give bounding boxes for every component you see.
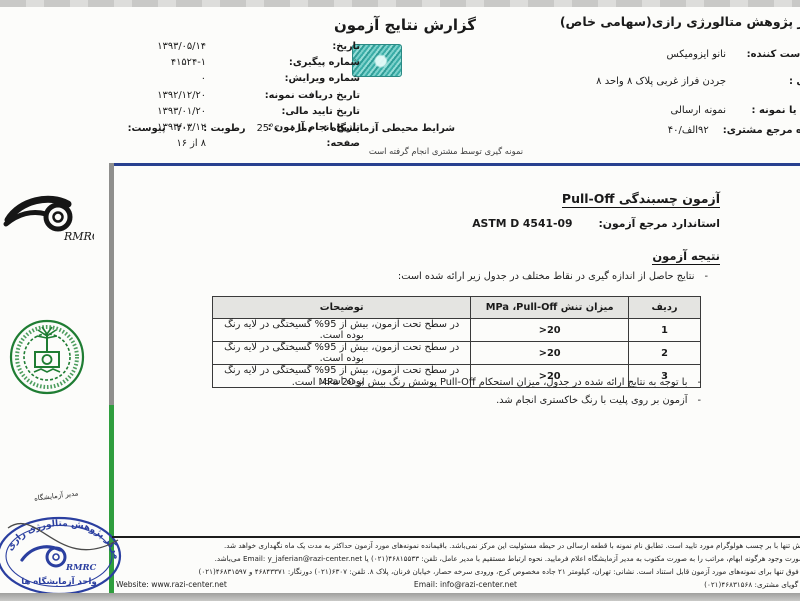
section-title: آزمون چسبندگی Pull-Off [562, 191, 720, 208]
bullet-dash: - [697, 374, 701, 392]
footer-line: گزارش تنها با بر چسب هولوگرام مورد تایید… [90, 540, 800, 553]
meta-value: ۱۳۹۳/۰۵/۱۴ [148, 40, 206, 53]
field-label: قطعه یا نمونه : [740, 105, 800, 116]
rmrc-logo-text: RMRC [63, 230, 94, 243]
scan-edge-bottom [0, 593, 800, 601]
result-intro: - نتایج حاصل از اندازه گیری در نقاط مختل… [398, 271, 708, 282]
standard-value: ASTM D 4541-09 [472, 217, 572, 230]
note-line: - با توجه به نتایج ارائه شده در جدول، می… [292, 374, 701, 392]
rmrc-eye-logo: RMRC [2, 190, 94, 246]
field-value: نانو ایزومیکس [666, 49, 726, 60]
lab-conditions: شرایط محیطی آزمایشگاه : دما : 25°c رطوبت… [128, 123, 455, 134]
field-value: ۹۲الف/۴۰ [668, 125, 709, 136]
report-title: گزارش نتایج آزمون [285, 16, 525, 34]
field-customer-ref: شماره مرجع مشتری: ۹۲الف/۴۰ [576, 125, 800, 136]
cell-description: در سطح تحت آزمون، بیش از 95% گسیختگی در … [213, 319, 471, 342]
field-sample-type: قطعه یا نمونه : نمونه ارسالی [576, 105, 800, 116]
stress-value: >20 [539, 325, 561, 336]
left-margin-line-gray [109, 163, 114, 405]
result-notes: - با توجه به نتایج ارائه شده در جدول، می… [292, 374, 701, 409]
meta-value: ۱۳۹۳/۰۱/۲۰ [148, 105, 206, 118]
cell-description: در سطح تحت آزمون، بیش از 95% گسیختگی در … [213, 342, 471, 365]
meta-row-receive-date: تاریخ دریافت نمونه: ۱۳۹۲/۱۲/۲۰ [148, 89, 360, 102]
table-row: 2 >20 در سطح تحت آزمون، بیش از 95% گسیخت… [213, 342, 701, 365]
field-label: شماره مرجع مشتری: [723, 125, 800, 136]
meta-row-tracking: شماره پیگیری: ۴۱۵۲۴-۱ [148, 56, 360, 69]
meta-row-date: تاریخ: ۱۳۹۳/۰۵/۱۴ [148, 40, 360, 53]
meta-label: شماره ویرایش: [285, 72, 360, 85]
field-label: درخواست کننده: [740, 49, 800, 60]
scanned-test-report-page: گزارش نتایج آزمون مرکز پژوهش متالورژی را… [0, 0, 800, 601]
meta-row-revision: شماره ویرایش: ۰ [148, 72, 360, 85]
cell-row-number: 1 [629, 319, 701, 342]
meta-label: تاریخ دریافت نمونه: [265, 89, 360, 102]
meta-value: ۱۳۹۲/۱۲/۲۰ [148, 89, 206, 102]
meta-label: شماره پیگیری: [289, 56, 360, 69]
stress-value: >20 [539, 348, 561, 359]
conditions-label: شرایط محیطی آزمایشگاه : [323, 123, 455, 134]
meta-block: تاریخ: ۱۳۹۳/۰۵/۱۴ شماره پیگیری: ۴۱۵۲۴-۱ … [148, 40, 360, 153]
meta-value: ۸ از ۱۶ [148, 137, 206, 150]
humidity-label: رطوبت : [203, 123, 245, 134]
cell-stress: >20 [471, 342, 629, 365]
sampling-note: نمونه گیری توسط مشتری انجام گرفته است [326, 146, 566, 156]
attachment-label: پیوست: [128, 123, 166, 134]
footer-website: Website: www.razi-center.net [116, 579, 227, 592]
cell-stress: >20 [471, 319, 629, 342]
company-name: مرکز پژوهش متالورژی رازی(سهامی خاص) [576, 14, 800, 29]
meta-value: ۰ [148, 72, 206, 85]
temperature-label: دما : [290, 123, 312, 134]
note-text: آزمون بر روی پلیت با رنگ خاکستری انجام ش… [496, 392, 687, 410]
cell-row-number: 2 [629, 342, 701, 365]
green-standards-stamp [8, 318, 86, 396]
footer-contact-line: تلفن گویای مشتری: ۴۶۸۳۱۵۶۸(۰۲۱) Email: i… [90, 579, 800, 592]
bullet-dash: - [704, 271, 708, 282]
result-title: نتیجه آزمون [652, 249, 720, 265]
footer: گزارش تنها با بر چسب هولوگرام مورد تایید… [90, 540, 800, 592]
footer-divider-line [112, 536, 800, 538]
header-description: توضیحات [213, 297, 471, 319]
note-line: - آزمون بر روی پلیت با رنگ خاکستری انجام… [292, 392, 701, 410]
standard-row: استاندارد مرجع آزمون: ASTM D 4541-09 [472, 217, 720, 230]
field-address: نشانی : جردن فراز غربی پلاک ۸ واحد ۸ [576, 76, 800, 87]
footer-email: Email: info@razi-center.net [414, 579, 517, 592]
field-label: نشانی : [740, 76, 800, 87]
table-header-row: ردیف میزان تنش MPa ،Pull-Off توضیحات [213, 297, 701, 319]
blue-stamp-bottom-text: واحد آزمایشگاه ها [21, 575, 97, 587]
header-row-number: ردیف [629, 297, 701, 319]
field-requester: درخواست کننده: نانو ایزومیکس [576, 49, 800, 60]
result-intro-text: نتایج حاصل از اندازه گیری در نقاط مختلف … [398, 271, 695, 282]
footer-line: نتایج فوق تنها برای نمونه‌های مورد آزمون… [90, 566, 800, 579]
meta-label: تاریخ تایید مالی: [281, 105, 360, 118]
header-stress: میزان تنش MPa ،Pull-Off [471, 297, 629, 319]
humidity-value: ۳۰٪ [176, 123, 192, 134]
footer-line: در صورت وجود هرگونه ابهام، مراتب را به ص… [90, 553, 800, 566]
table-row: 1 >20 در سطح تحت آزمون، بیش از 95% گسیخت… [213, 319, 701, 342]
header-divider-line [111, 163, 800, 166]
field-value: جردن فراز غربی پلاک ۸ واحد ۸ [596, 76, 726, 87]
standard-label: استاندارد مرجع آزمون: [598, 217, 720, 230]
customer-phone: تلفن گویای مشتری: ۴۶۸۳۱۵۶۸(۰۲۱) [704, 579, 800, 592]
company-block: مرکز پژوهش متالورژی رازی(سهامی خاص) درخو… [576, 14, 800, 136]
note-text: با توجه به نتایج ارائه شده در جدول، میزا… [292, 374, 688, 392]
bullet-dash: - [697, 392, 701, 410]
scan-edge-top [0, 0, 800, 7]
meta-row-finance-date: تاریخ تایید مالی: ۱۳۹۳/۰۱/۲۰ [148, 105, 360, 118]
field-value: نمونه ارسالی [671, 105, 726, 116]
temperature-value: 25°c [257, 123, 280, 134]
meta-value: ۴۱۵۲۴-۱ [148, 56, 206, 69]
meta-label: تاریخ: [332, 40, 360, 53]
